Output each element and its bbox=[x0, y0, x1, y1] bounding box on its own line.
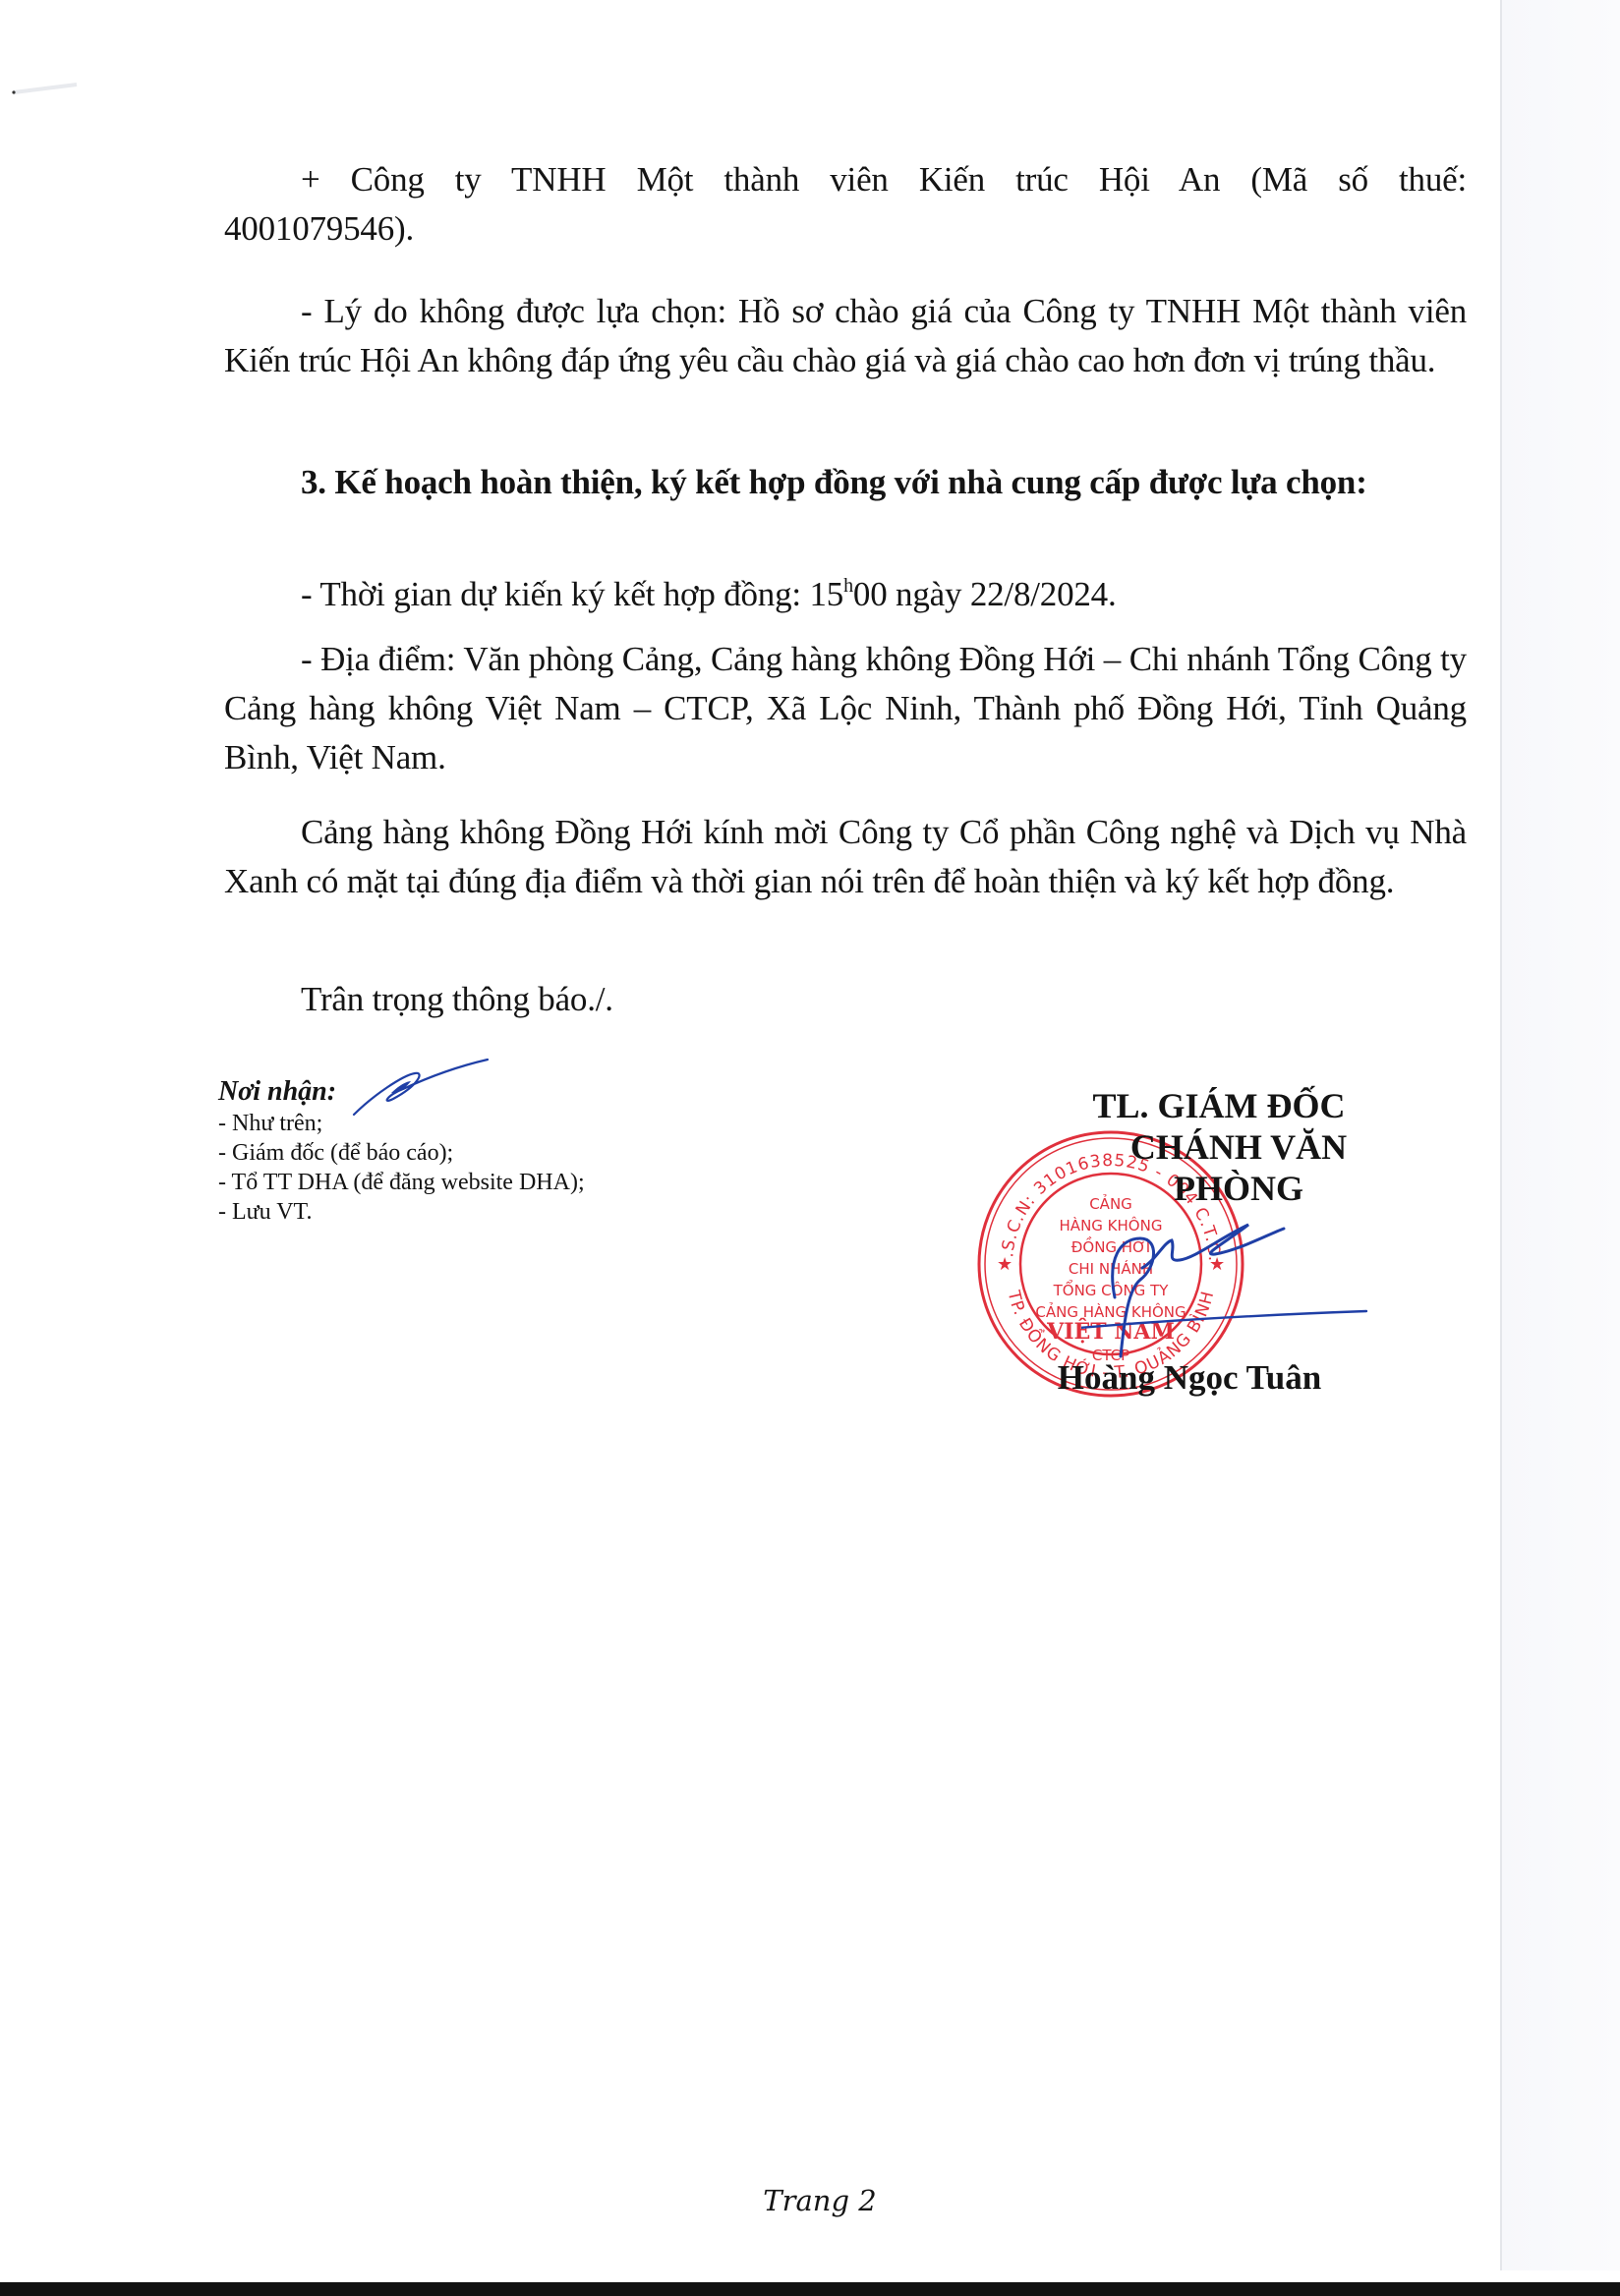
signing-time-block: - Thời gian dự kiến ký kết hợp đồng: 15h… bbox=[224, 570, 1467, 619]
recipient-item: - Tổ TT DHA (để đăng website DHA); bbox=[218, 1168, 585, 1197]
handwritten-signature bbox=[1081, 1170, 1376, 1366]
reason-paragraph: - Lý do không được lựa chọn: Hồ sơ chào … bbox=[224, 287, 1467, 385]
company-item-line1: + Công ty TNHH Một thành viên Kiến trúc … bbox=[224, 155, 1467, 204]
closing-block: Trân trọng thông báo./. bbox=[224, 975, 1467, 1024]
scan-bottom-edge bbox=[0, 2282, 1620, 2296]
scan-page-shade bbox=[1502, 0, 1620, 2270]
section3-heading: 3. Kế hoạch hoàn thiện, ký kết hợp đồng … bbox=[224, 458, 1467, 507]
signing-time-suffix: 00 ngày 22/8/2024. bbox=[853, 575, 1117, 613]
signing-time-prefix: - Thời gian dự kiến ký kết hợp đồng: 15 bbox=[301, 575, 843, 613]
signing-time-paragraph: - Thời gian dự kiến ký kết hợp đồng: 15h… bbox=[224, 570, 1467, 619]
recipient-item: - Giám đốc (để báo cáo); bbox=[218, 1138, 585, 1168]
scan-page-edge bbox=[1500, 0, 1502, 2270]
signer-name: Hoàng Ngọc Tuân bbox=[1022, 1358, 1357, 1398]
signing-time-sup: h bbox=[843, 575, 853, 597]
document-body: + Công ty TNHH Một thành viên Kiến trúc … bbox=[224, 155, 1467, 254]
initial-signature-mark bbox=[334, 1056, 492, 1124]
location-block: - Địa điểm: Văn phòng Cảng, Cảng hàng kh… bbox=[224, 635, 1467, 782]
location-paragraph: - Địa điểm: Văn phòng Cảng, Cảng hàng kh… bbox=[224, 635, 1467, 782]
company-item-line2: 4001079546). bbox=[224, 204, 1467, 254]
svg-text:★: ★ bbox=[997, 1254, 1012, 1275]
recipient-item: - Lưu VT. bbox=[218, 1197, 585, 1227]
invitation-paragraph: Cảng hàng không Đồng Hới kính mời Công t… bbox=[224, 808, 1467, 906]
section3-block: 3. Kế hoạch hoàn thiện, ký kết hợp đồng … bbox=[224, 458, 1467, 507]
invitation-block: Cảng hàng không Đồng Hới kính mời Công t… bbox=[224, 808, 1467, 906]
closing-line: Trân trọng thông báo./. bbox=[224, 975, 1467, 1024]
signature-title-line1: TL. GIÁM ĐỐC bbox=[1022, 1085, 1416, 1126]
scan-artifact-mark bbox=[8, 81, 79, 94]
page-number: Trang 2 bbox=[0, 2184, 1620, 2217]
reason-block: - Lý do không được lựa chọn: Hồ sơ chào … bbox=[224, 287, 1467, 385]
